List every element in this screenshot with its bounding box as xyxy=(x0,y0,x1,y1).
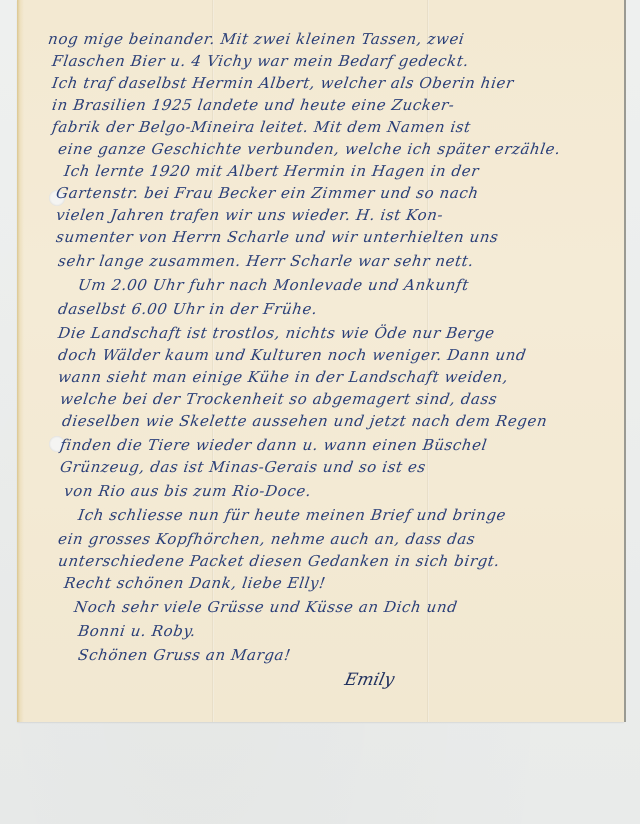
letter-line: Bonni u. Roby. xyxy=(77,622,197,640)
letter-line: Um 2.00 Uhr fuhr nach Monlevade und Anku… xyxy=(77,276,470,294)
letter-line: Grünzeug, das ist Minas-Gerais und so is… xyxy=(59,458,427,476)
letter-line: vielen Jahren trafen wir uns wieder. H. … xyxy=(55,206,445,224)
letter-line: von Rio aus bis zum Rio-Doce. xyxy=(63,482,313,500)
letter-line: Schönen Gruss an Marga! xyxy=(77,646,292,664)
letter-line: welche bei der Trockenheit so abgemagert… xyxy=(59,390,499,408)
letter-line: eine ganze Geschichte verbunden, welche … xyxy=(57,140,562,158)
letter-line: sumenter von Herrn Scharle und wir unter… xyxy=(55,228,500,246)
letter-line: fabrik der Belgo-Mineira leitet. Mit dem… xyxy=(51,118,472,136)
letter-line: doch Wälder kaum und Kulturen noch wenig… xyxy=(57,346,528,364)
letter-line: Ich traf daselbst Hermin Albert, welcher… xyxy=(51,74,515,92)
signature: Emily xyxy=(343,670,396,690)
letter-line: in Brasilien 1925 landete und heute eine… xyxy=(51,96,456,114)
letter-line: Flaschen Bier u. 4 Vichy war mein Bedarf… xyxy=(51,52,470,70)
letter-line: Ich lernte 1920 mit Albert Hermin in Hag… xyxy=(63,162,480,180)
letter-line: Ich schliesse nun für heute meinen Brief… xyxy=(77,506,507,524)
letter-line: wann sieht man einige Kühe in der Landsc… xyxy=(57,368,510,386)
letter-line: dieselben wie Skelette aussehen und jetz… xyxy=(61,412,549,430)
letter-line: sehr lange zusammen. Herr Scharle war se… xyxy=(57,252,475,270)
letter-line: Die Landschaft ist trostlos, nichts wie … xyxy=(57,324,496,342)
letter-line: nog mige beinander. Mit zwei kleinen Tas… xyxy=(47,30,466,48)
letter-line: daselbst 6.00 Uhr in der Frühe. xyxy=(57,300,319,318)
letter-page: nog mige beinander. Mit zwei kleinen Tas… xyxy=(17,0,624,722)
letter-line: ein grosses Kopfhörchen, nehme auch an, … xyxy=(57,530,477,548)
letter-line: Gartenstr. bei Frau Becker ein Zimmer un… xyxy=(55,184,480,202)
letter-line: finden die Tiere wieder dann u. wann ein… xyxy=(59,436,488,454)
letter-line: Noch sehr viele Grüsse und Küsse an Dich… xyxy=(73,598,459,616)
letter-line: Recht schönen Dank, liebe Elly! xyxy=(63,574,327,592)
letter-line: unterschiedene Packet diesen Gedanken in… xyxy=(57,552,501,570)
